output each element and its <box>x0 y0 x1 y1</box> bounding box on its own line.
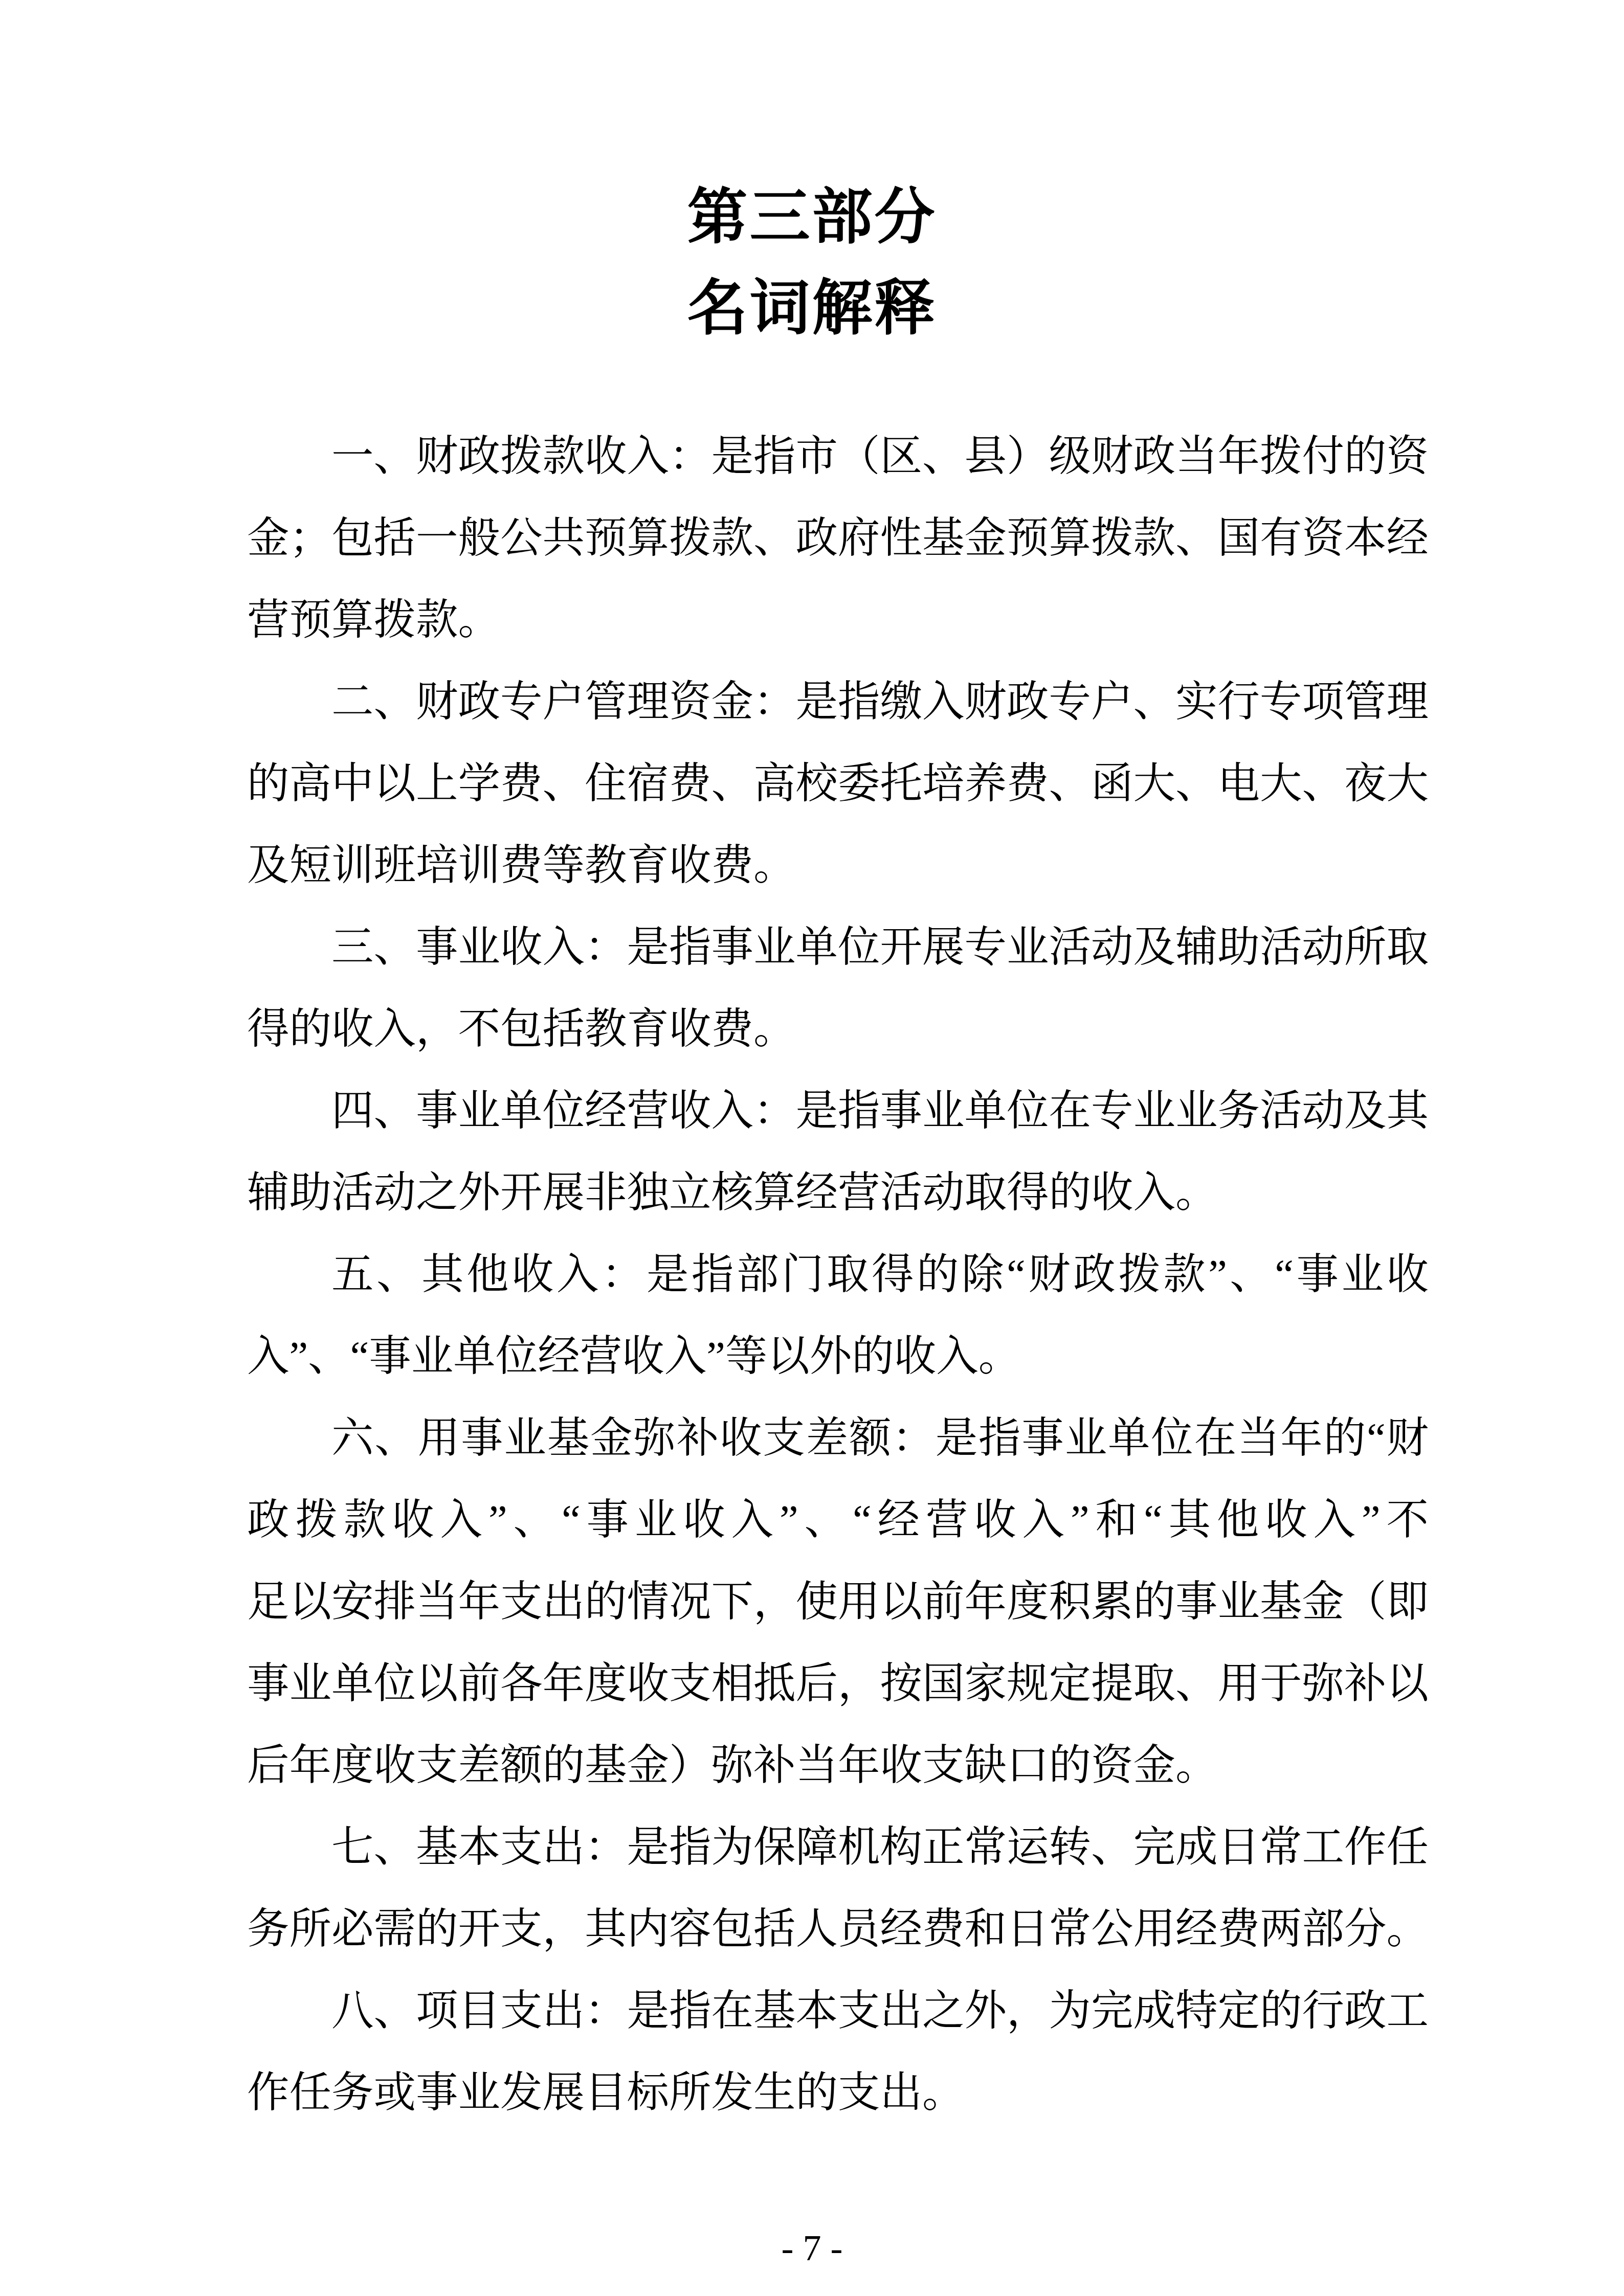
text-line: 六、用事业基金弥补收支差额：是指事业单位在当年的“财 <box>247 1397 1429 1479</box>
text-line: 事业单位以前各年度收支相抵后，按国家规定提取、用于弥补以 <box>247 1642 1429 1724</box>
text-line: 四、事业单位经营收入：是指事业单位在专业业务活动及其 <box>247 1070 1429 1152</box>
text-line: 入”、“事业单位经营收入”等以外的收入。 <box>247 1315 1429 1397</box>
paragraph-7: 七、基本支出：是指为保障机构正常运转、完成日常工作任 务所必需的开支，其内容包括… <box>247 1806 1429 1970</box>
document-body: 一、财政拨款收入：是指市（区、县）级财政当年拨付的资 金；包括一般公共预算拨款、… <box>247 415 1429 2133</box>
text-line: 的高中以上学费、住宿费、高校委托培养费、函大、电大、夜大 <box>247 742 1429 824</box>
text-line: 作任务或事业发展目标所发生的支出。 <box>247 2052 1429 2133</box>
text-line: 七、基本支出：是指为保障机构正常运转、完成日常工作任 <box>247 1806 1429 1888</box>
paragraph-2: 二、财政专户管理资金：是指缴入财政专户、实行专项管理 的高中以上学费、住宿费、高… <box>247 661 1429 906</box>
text-line: 得的收入，不包括教育收费。 <box>247 988 1429 1070</box>
paragraph-1: 一、财政拨款收入：是指市（区、县）级财政当年拨付的资 金；包括一般公共预算拨款、… <box>247 415 1429 661</box>
text-line: 政拨款收入”、“事业收入”、“经营收入”和“其他收入”不 <box>247 1479 1429 1561</box>
text-line: 足以安排当年支出的情况下，使用以前年度积累的事业基金（即 <box>247 1561 1429 1642</box>
page-title-subject: 名词解释 <box>0 263 1624 354</box>
document-page: 第三部分 名词解释 一、财政拨款收入：是指市（区、县）级财政当年拨付的资 金；包… <box>0 0 1624 2296</box>
text-line: 务所必需的开支，其内容包括人员经费和日常公用经费两部分。 <box>247 1888 1429 1970</box>
text-line: 一、财政拨款收入：是指市（区、县）级财政当年拨付的资 <box>247 415 1429 497</box>
paragraph-6: 六、用事业基金弥补收支差额：是指事业单位在当年的“财 政拨款收入”、“事业收入”… <box>247 1397 1429 1806</box>
text-line: 五、其他收入：是指部门取得的除“财政拨款”、“事业收 <box>247 1233 1429 1315</box>
paragraph-5: 五、其他收入：是指部门取得的除“财政拨款”、“事业收 入”、“事业单位经营收入”… <box>247 1233 1429 1397</box>
text-line: 营预算拨款。 <box>247 579 1429 661</box>
page-title: 第三部分 名词解释 <box>0 172 1624 354</box>
text-line: 三、事业收入：是指事业单位开展专业活动及辅助活动所取 <box>247 906 1429 988</box>
text-line: 八、项目支出：是指在基本支出之外，为完成特定的行政工 <box>247 1970 1429 2052</box>
page-number: - 7 - <box>0 2223 1624 2272</box>
text-line: 金；包括一般公共预算拨款、政府性基金预算拨款、国有资本经 <box>247 497 1429 579</box>
text-line: 后年度收支差额的基金）弥补当年收支缺口的资金。 <box>247 1724 1429 1806</box>
text-line: 二、财政专户管理资金：是指缴入财政专户、实行专项管理 <box>247 661 1429 742</box>
paragraph-4: 四、事业单位经营收入：是指事业单位在专业业务活动及其 辅助活动之外开展非独立核算… <box>247 1070 1429 1233</box>
text-line: 辅助活动之外开展非独立核算经营活动取得的收入。 <box>247 1152 1429 1233</box>
paragraph-3: 三、事业收入：是指事业单位开展专业活动及辅助活动所取 得的收入，不包括教育收费。 <box>247 906 1429 1070</box>
text-line: 及短训班培训费等教育收费。 <box>247 824 1429 906</box>
page-title-part: 第三部分 <box>0 172 1624 263</box>
paragraph-8: 八、项目支出：是指在基本支出之外，为完成特定的行政工 作任务或事业发展目标所发生… <box>247 1970 1429 2133</box>
